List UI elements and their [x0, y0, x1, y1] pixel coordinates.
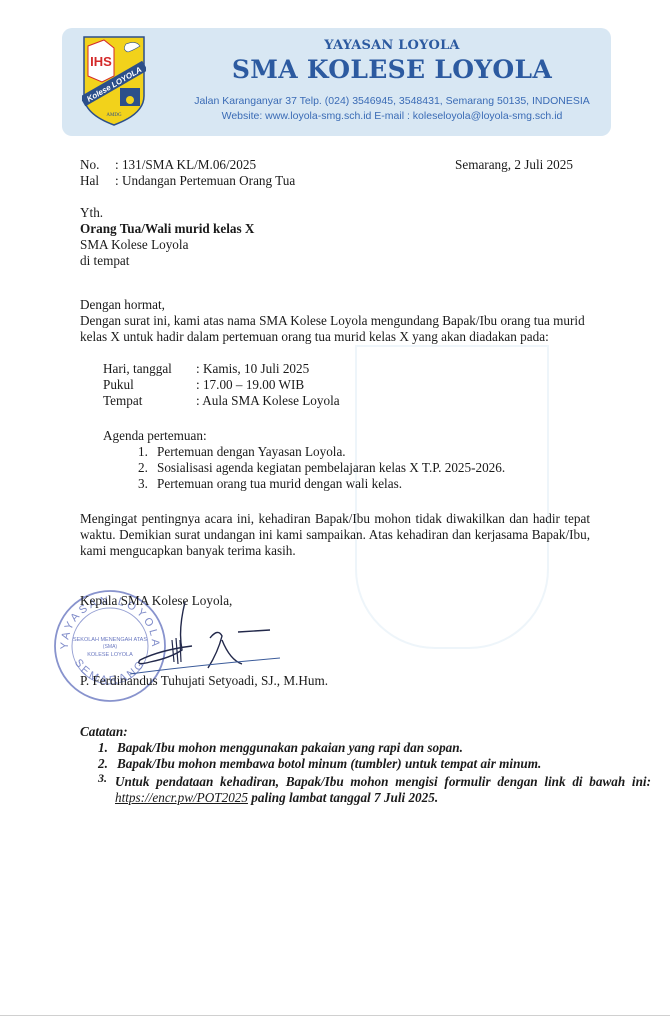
agenda-num-3: 3. — [138, 476, 148, 492]
number-label: No. — [80, 157, 99, 173]
detail-value-date: : Kamis, 10 Juli 2025 — [196, 361, 309, 377]
agenda-item-2: Sosialisasi agenda kegiatan pembelajaran… — [157, 460, 505, 476]
school-name: SMA KOLESE LOYOLA — [192, 55, 592, 84]
agenda-num-2: 2. — [138, 460, 148, 476]
greeting: Dengan hormat, — [80, 297, 165, 313]
subject-value: : Undangan Pertemuan Orang Tua — [115, 173, 295, 189]
agenda-num-1: 1. — [138, 444, 148, 460]
svg-text:IHS: IHS — [90, 54, 112, 69]
recipient-org: SMA Kolese Loyola — [80, 237, 188, 253]
closing-line-2: waktu. Demikian surat undangan ini kami … — [80, 527, 590, 543]
notes-title: Catatan: — [80, 724, 128, 740]
recipient-location: di tempat — [80, 253, 129, 269]
signature-icon — [130, 600, 280, 680]
registration-form-link[interactable]: https://encr.pw/POT2025 — [115, 790, 248, 805]
note-item-2: Bapak/Ibu mohon membawa botol minum (tum… — [117, 756, 541, 772]
agenda-title: Agenda pertemuan: — [103, 428, 207, 444]
note-item-1: Bapak/Ibu mohon menggunakan pakaian yang… — [117, 740, 463, 756]
note-item-3-deadline: paling lambat tanggal 7 Juli 2025. — [248, 790, 438, 805]
school-contact: Website: www.loyola-smg.sch.id E-mail : … — [172, 110, 612, 122]
intro-line-1: Dengan surat ini, kami atas nama SMA Kol… — [80, 313, 585, 329]
foundation-name: YAYASAN LOYOLA — [192, 38, 592, 53]
svg-text:KOLESE LOYOLA: KOLESE LOYOLA — [87, 652, 133, 658]
intro-line-2: kelas X untuk hadir dalam pertemuan oran… — [80, 329, 549, 345]
watermark — [355, 345, 549, 649]
detail-label-place: Tempat — [103, 393, 142, 409]
subject-label: Hal — [80, 173, 99, 189]
closing-line-3: kami mengucapkan banyak terima kasih. — [80, 543, 296, 559]
closing-line-1: Mengingat pentingnya acara ini, kehadira… — [80, 511, 590, 527]
place-date: Semarang, 2 Juli 2025 — [455, 157, 573, 173]
note-item-3-line-2: https://encr.pw/POT2025 paling lambat ta… — [115, 790, 438, 806]
school-crest-icon: IHS Kolese LOYOLA AMDG — [82, 34, 146, 128]
detail-label-date: Hari, tanggal — [103, 361, 172, 377]
note-num-1: 1. — [98, 740, 108, 756]
recipient-name: Orang Tua/Wali murid kelas X — [80, 221, 254, 237]
note-item-3-line-1: Untuk pendataan kehadiran, Bapak/Ibu moh… — [115, 774, 651, 790]
letterhead: IHS Kolese LOYOLA AMDG YAYASAN LOYOLA SM… — [62, 28, 611, 136]
svg-text:AMDG: AMDG — [106, 113, 122, 118]
detail-value-place: : Aula SMA Kolese Loyola — [196, 393, 340, 409]
page-edge — [0, 1015, 670, 1016]
school-address: Jalan Karanganyar 37 Telp. (024) 3546945… — [172, 95, 612, 107]
agenda-item-3: Pertemuan orang tua murid dengan wali ke… — [157, 476, 402, 492]
svg-text:(SMA): (SMA) — [103, 644, 118, 650]
signatory-name: P. Ferdinandus Tuhujati Setyoadi, SJ., M… — [80, 673, 328, 689]
detail-label-time: Pukul — [103, 377, 134, 393]
agenda-item-1: Pertemuan dengan Yayasan Loyola. — [157, 444, 346, 460]
salutation: Yth. — [80, 205, 103, 221]
number-value: : 131/SMA KL/M.06/2025 — [115, 157, 256, 173]
note-num-3: 3. — [98, 770, 107, 786]
detail-value-time: : 17.00 – 19.00 WIB — [196, 377, 304, 393]
